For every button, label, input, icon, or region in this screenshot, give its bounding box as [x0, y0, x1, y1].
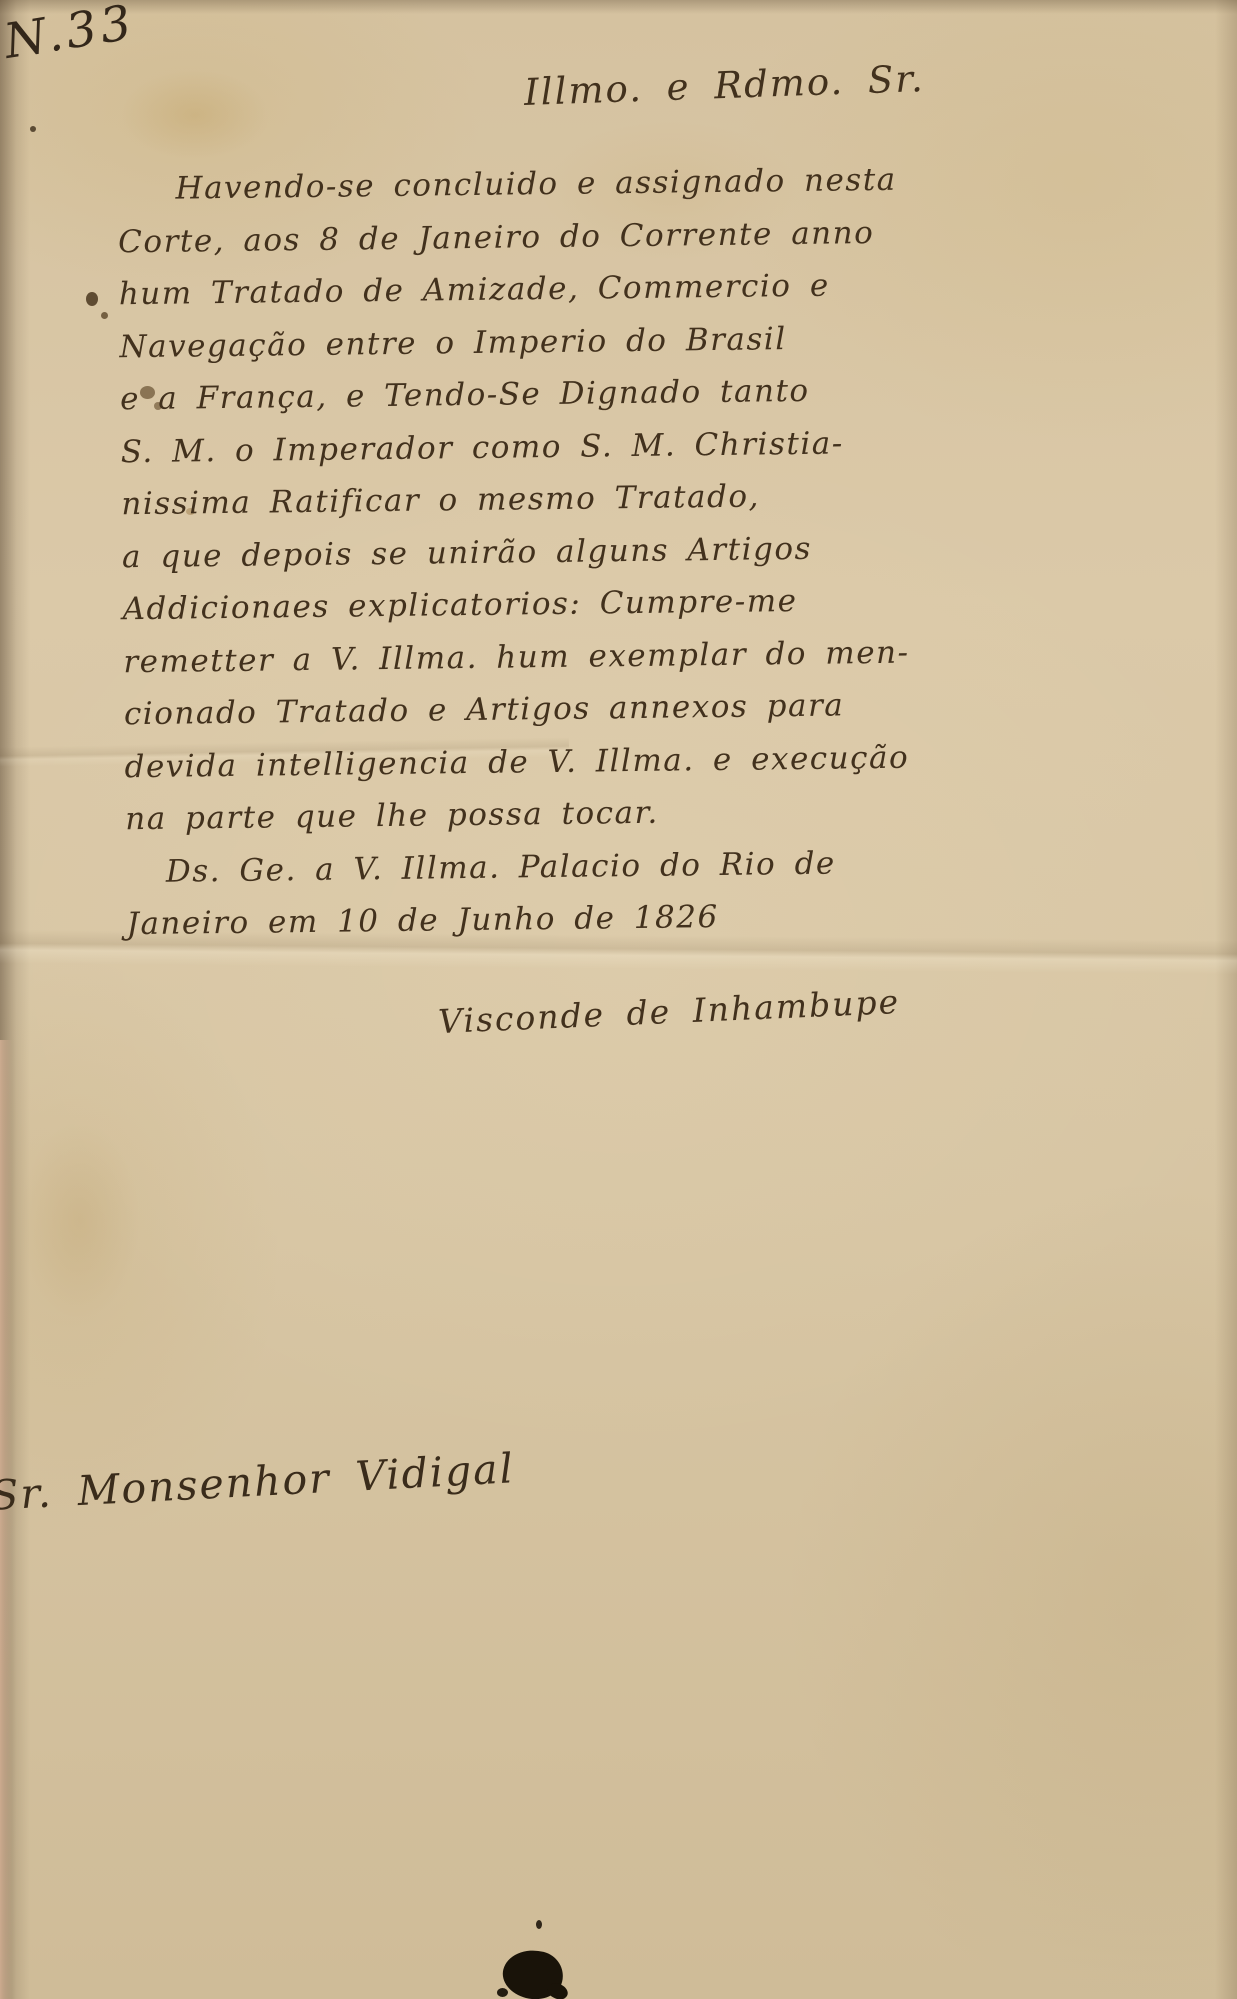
- paper-stain: [120, 70, 270, 160]
- page-top-edge-shadow: [0, 0, 1237, 14]
- salutation-line: Illmo. e Rdmo. Sr.: [523, 57, 925, 114]
- body-line: devida intelligencia de V. Illma. e exec…: [124, 730, 985, 793]
- closing-line: Janeiro em 10 de Junho de 1826: [126, 888, 987, 951]
- letter-body: Havendo-se concluido e assignado nesta C…: [117, 153, 987, 951]
- manuscript-letter-page: N.33 Illmo. e Rdmo. Sr. Havendo-se concl…: [0, 0, 1237, 1999]
- signature-line: Visconde de Inhambupe: [437, 982, 900, 1041]
- ink-spot: [101, 312, 108, 319]
- paper-stain: [20, 1120, 140, 1320]
- addressee-line: Sr. Monsenhor Vidigal: [0, 1444, 516, 1519]
- body-line: Corte, aos 8 de Janeiro do Corrente anno: [118, 205, 979, 268]
- ink-spot: [86, 292, 98, 306]
- page-right-edge-shadow: [1215, 0, 1237, 1999]
- ink-blot: [536, 1920, 542, 1929]
- file-number: N.33: [0, 0, 138, 70]
- ink-spot: [30, 126, 36, 132]
- page-left-edge-underleaf: [0, 1040, 12, 1999]
- body-line: remetter a V. Illma. hum exemplar do men…: [123, 625, 984, 688]
- ink-blot: [497, 1988, 508, 1997]
